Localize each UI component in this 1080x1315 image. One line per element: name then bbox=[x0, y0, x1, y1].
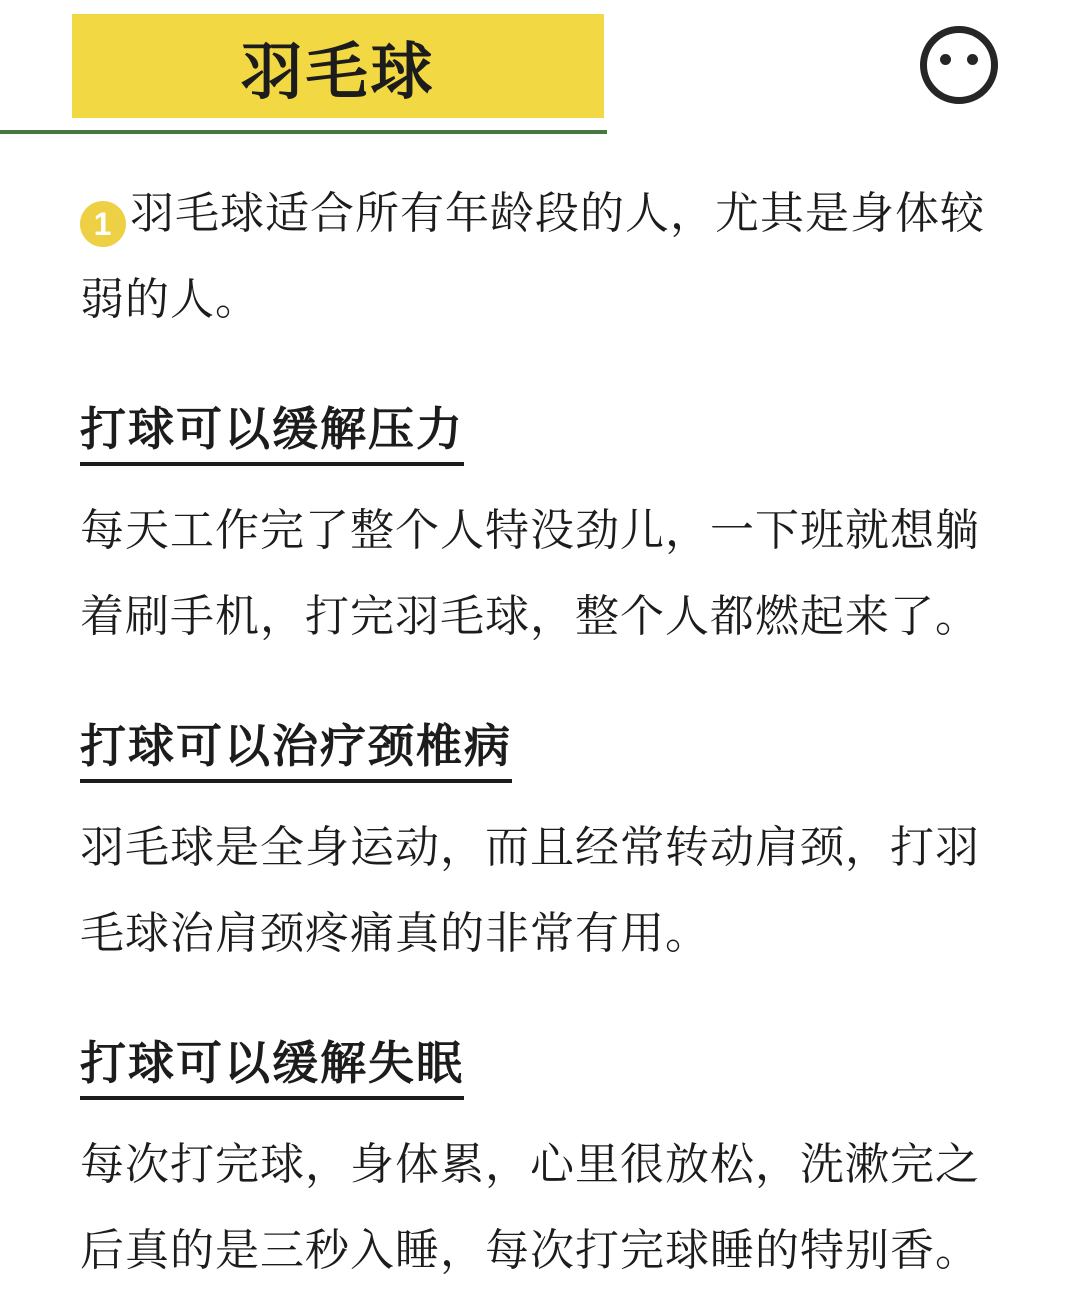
section-body: 每天工作完了整个人特没劲儿，一下班就想躺着刷手机，打完羽毛球，整个人都燃起来了。 bbox=[80, 488, 1004, 660]
smiley-right-eye bbox=[967, 54, 978, 65]
section-heading: 打球可以缓解失眠 bbox=[80, 1035, 464, 1100]
smiley-left-eye bbox=[940, 54, 951, 65]
title-divider-line bbox=[0, 130, 607, 134]
section-insomnia-relief: 打球可以缓解失眠 每次打完球，身体累，心里很放松，洗漱完之后真的是三秒入睡，每次… bbox=[80, 1035, 1004, 1294]
intro-paragraph: 1羽毛球适合所有年龄段的人，尤其是身体较弱的人。 bbox=[80, 171, 1004, 343]
title-highlight-banner: 羽毛球 bbox=[72, 14, 604, 118]
section-neck-treatment: 打球可以治疗颈椎病 羽毛球是全身运动，而且经常转动肩颈，打羽毛球治肩颈疼痛真的非… bbox=[80, 718, 1004, 977]
page-title: 羽毛球 bbox=[240, 22, 435, 111]
article-page: 羽毛球 1羽毛球适合所有年龄段的人，尤其是身体较弱的人。 打球可以缓解压力 每天… bbox=[0, 0, 1080, 1315]
section-stress-relief: 打球可以缓解压力 每天工作完了整个人特没劲儿，一下班就想躺着刷手机，打完羽毛球，… bbox=[80, 401, 1004, 660]
smiley-face-icon bbox=[920, 26, 998, 104]
section-body: 羽毛球是全身运动，而且经常转动肩颈，打羽毛球治肩颈疼痛真的非常有用。 bbox=[80, 805, 1004, 977]
number-1-badge: 1 bbox=[80, 201, 126, 247]
section-heading: 打球可以缓解压力 bbox=[80, 401, 464, 466]
intro-text: 羽毛球适合所有年龄段的人，尤其是身体较弱的人。 bbox=[80, 189, 985, 324]
section-body: 每次打完球，身体累，心里很放松，洗漱完之后真的是三秒入睡，每次打完球睡的特别香。 bbox=[80, 1122, 1004, 1294]
section-heading: 打球可以治疗颈椎病 bbox=[80, 718, 512, 783]
article-content: 1羽毛球适合所有年龄段的人，尤其是身体较弱的人。 打球可以缓解压力 每天工作完了… bbox=[80, 171, 1004, 1294]
